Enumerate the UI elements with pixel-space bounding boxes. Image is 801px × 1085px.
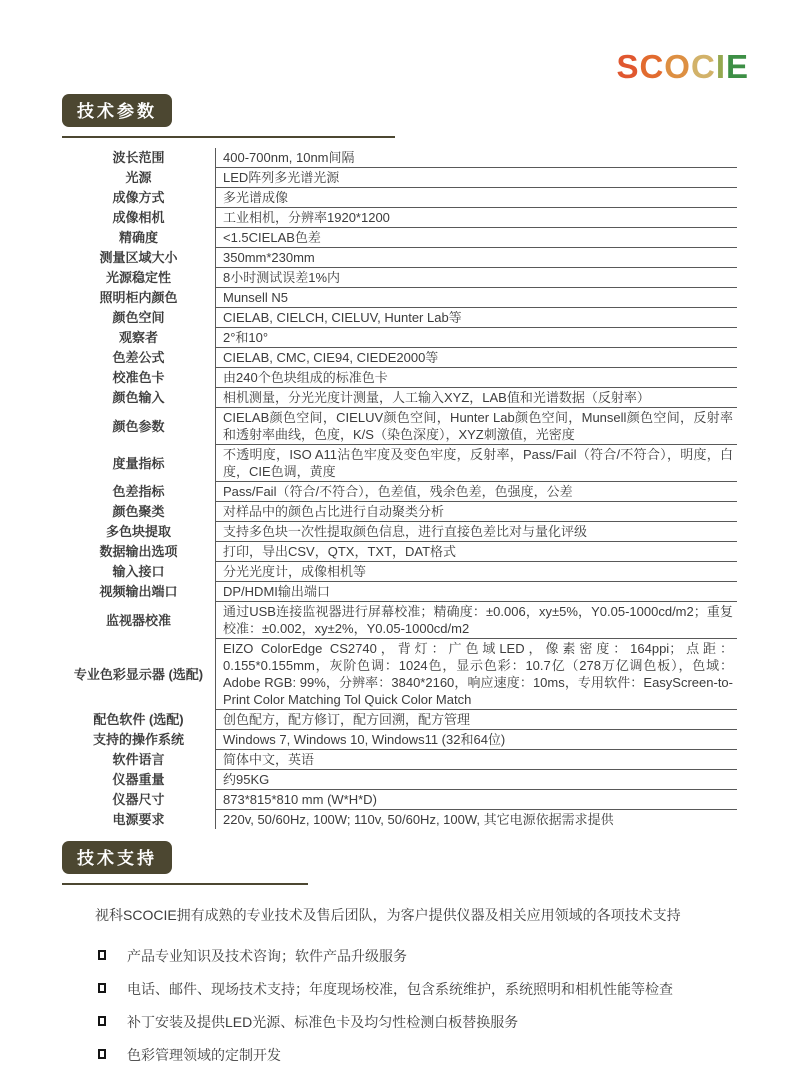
section-support: 技术支持 视科SCOCIE拥有成熟的专业技术及售后团队，为客户提供仪器及相关应用…	[62, 841, 737, 1065]
square-bullet-icon	[98, 983, 106, 993]
list-item: 色彩管理领域的定制开发	[98, 1045, 758, 1065]
spec-label: 数据输出选项	[62, 542, 215, 562]
spec-label: 支持的操作系统	[62, 730, 215, 750]
table-row: 波长范围400-700nm, 10nm间隔	[62, 148, 737, 168]
spec-label: 色差指标	[62, 482, 215, 502]
table-row: 配色软件 (选配)创色配方，配方修订，配方回溯，配方管理	[62, 710, 737, 730]
spec-value: CIELAB, CMC, CIE94, CIEDE2000等	[215, 348, 737, 368]
table-row: 精确度<1.5CIELAB色差	[62, 228, 737, 248]
spec-value: <1.5CIELAB色差	[215, 228, 737, 248]
section-divider-support	[62, 883, 308, 885]
table-row: 成像相机工业相机，分辨率1920*1200	[62, 208, 737, 228]
table-row: 视频输出端口DP/HDMI输出端口	[62, 582, 737, 602]
spec-value: LED阵列多光谱光源	[215, 168, 737, 188]
table-row: 输入接口分光光度计，成像相机等	[62, 562, 737, 582]
spec-value: Windows 7, Windows 10, Windows11 (32和64位…	[215, 730, 737, 750]
spec-label: 校准色卡	[62, 368, 215, 388]
spec-value: 220v, 50/60Hz, 100W; 110v, 50/60Hz, 100W…	[215, 810, 737, 829]
spec-value: 873*815*810 mm (W*H*D)	[215, 790, 737, 810]
spec-label: 电源要求	[62, 810, 215, 829]
spec-value: 简体中文，英语	[215, 750, 737, 770]
table-row: 色差公式CIELAB, CMC, CIE94, CIEDE2000等	[62, 348, 737, 368]
table-row: 颜色聚类对样品中的颜色占比进行自动聚类分析	[62, 502, 737, 522]
support-intro-text: 视科SCOCIE拥有成熟的专业技术及售后团队，为客户提供仪器及相关应用领域的各项…	[95, 906, 745, 925]
table-row: 仪器尺寸873*815*810 mm (W*H*D)	[62, 790, 737, 810]
spec-label: 配色软件 (选配)	[62, 710, 215, 730]
table-row: 度量指标不透明度，ISO A11沾色牢度及变色牢度，反射率，Pass/Fail（…	[62, 445, 737, 482]
spec-label: 专业色彩显示器 (选配)	[62, 639, 215, 710]
spec-label: 成像方式	[62, 188, 215, 208]
table-row: 仪器重量约95KG	[62, 770, 737, 790]
spec-label: 软件语言	[62, 750, 215, 770]
table-row: 电源要求220v, 50/60Hz, 100W; 110v, 50/60Hz, …	[62, 810, 737, 829]
list-item: 电话、邮件、现场技术支持；年度现场校准，包含系统维护，系统照明和相机性能等检查	[98, 979, 758, 999]
spec-label: 波长范围	[62, 148, 215, 168]
spec-label: 观察者	[62, 328, 215, 348]
section-title-badge-support: 技术支持	[62, 841, 172, 874]
spec-label: 监视器校准	[62, 602, 215, 639]
table-row: 支持的操作系统Windows 7, Windows 10, Windows11 …	[62, 730, 737, 750]
section-title-badge-specs: 技术参数	[62, 94, 172, 127]
spec-label: 色差公式	[62, 348, 215, 368]
spec-label: 光源	[62, 168, 215, 188]
spec-value: 350mm*230mm	[215, 248, 737, 268]
specs-table: 波长范围400-700nm, 10nm间隔光源LED阵列多光谱光源成像方式多光谱…	[62, 148, 737, 829]
spec-label: 颜色输入	[62, 388, 215, 408]
spec-label: 测量区域大小	[62, 248, 215, 268]
table-row: 光源LED阵列多光谱光源	[62, 168, 737, 188]
spec-label: 输入接口	[62, 562, 215, 582]
support-list: 产品专业知识及技术咨询；软件产品升级服务电话、邮件、现场技术支持；年度现场校准，…	[98, 946, 737, 1065]
spec-label: 视频输出端口	[62, 582, 215, 602]
spec-label: 光源稳定性	[62, 268, 215, 288]
square-bullet-icon	[98, 1049, 106, 1059]
spec-value: 8小时测试误差1%内	[215, 268, 737, 288]
table-row: 色差指标Pass/Fail（符合/不符合），色差值，残余色差，色强度，公差	[62, 482, 737, 502]
support-item-text: 产品专业知识及技术咨询；软件产品升级服务	[127, 946, 407, 966]
spec-value: 对样品中的颜色占比进行自动聚类分析	[215, 502, 737, 522]
table-row: 多色块提取支持多色块一次性提取颜色信息，进行直接色差比对与量化评级	[62, 522, 737, 542]
table-row: 颜色参数CIELAB颜色空间，CIELUV颜色空间，Hunter Lab颜色空间…	[62, 408, 737, 445]
spec-value: 分光光度计，成像相机等	[215, 562, 737, 582]
table-row: 成像方式多光谱成像	[62, 188, 737, 208]
spec-value: 400-700nm, 10nm间隔	[215, 148, 737, 168]
table-row: 数据输出选项打印，导出CSV，QTX，TXT，DAT格式	[62, 542, 737, 562]
spec-label: 颜色参数	[62, 408, 215, 445]
brand-logo-letter: E	[726, 48, 749, 86]
section-divider-specs	[62, 136, 395, 138]
page-content: 技术参数 波长范围400-700nm, 10nm间隔光源LED阵列多光谱光源成像…	[0, 0, 737, 1065]
table-row: 照明柜内颜色Munsell N5	[62, 288, 737, 308]
brand-logo-letter: S	[616, 48, 639, 86]
list-item: 产品专业知识及技术咨询；软件产品升级服务	[98, 946, 758, 966]
spec-value: CIELAB颜色空间，CIELUV颜色空间，Hunter Lab颜色空间，Mun…	[215, 408, 737, 445]
spec-value: EIZO ColorEdge CS2740，背灯：广色域LED，像素密度：164…	[215, 639, 737, 710]
table-row: 观察者2°和10°	[62, 328, 737, 348]
spec-value: 支持多色块一次性提取颜色信息，进行直接色差比对与量化评级	[215, 522, 737, 542]
document-page: SCOCIE 技术参数 波长范围400-700nm, 10nm间隔光源LED阵列…	[0, 0, 801, 1085]
spec-label: 多色块提取	[62, 522, 215, 542]
table-row: 校准色卡由240个色块组成的标准色卡	[62, 368, 737, 388]
spec-value: 约95KG	[215, 770, 737, 790]
square-bullet-icon	[98, 1016, 106, 1026]
spec-label: 颜色聚类	[62, 502, 215, 522]
spec-label: 仪器重量	[62, 770, 215, 790]
spec-value: 相机测量，分光光度计测量，人工输入XYZ，LAB值和光谱数据（反射率）	[215, 388, 737, 408]
table-row: 软件语言简体中文，英语	[62, 750, 737, 770]
brand-logo-letter: O	[664, 48, 691, 86]
spec-label: 照明柜内颜色	[62, 288, 215, 308]
table-row: 颜色空间CIELAB, CIELCH, CIELUV, Hunter Lab等	[62, 308, 737, 328]
spec-label: 度量指标	[62, 445, 215, 482]
support-item-text: 色彩管理领域的定制开发	[127, 1045, 281, 1065]
table-row: 光源稳定性8小时测试误差1%内	[62, 268, 737, 288]
spec-value: 2°和10°	[215, 328, 737, 348]
spec-value: Pass/Fail（符合/不符合），色差值，残余色差，色强度，公差	[215, 482, 737, 502]
spec-value: CIELAB, CIELCH, CIELUV, Hunter Lab等	[215, 308, 737, 328]
spec-label: 颜色空间	[62, 308, 215, 328]
spec-value: 由240个色块组成的标准色卡	[215, 368, 737, 388]
brand-logo-letter: I	[716, 48, 726, 86]
table-row: 测量区域大小350mm*230mm	[62, 248, 737, 268]
spec-value: Munsell N5	[215, 288, 737, 308]
table-row: 专业色彩显示器 (选配)EIZO ColorEdge CS2740，背灯：广色域…	[62, 639, 737, 710]
brand-logo-letter: C	[639, 48, 664, 86]
support-item-text: 补丁安装及提供LED光源、标准色卡及均匀性检测白板替换服务	[127, 1012, 518, 1032]
spec-value: 工业相机，分辨率1920*1200	[215, 208, 737, 228]
square-bullet-icon	[98, 950, 106, 960]
table-row: 颜色输入相机测量，分光光度计测量，人工输入XYZ，LAB值和光谱数据（反射率）	[62, 388, 737, 408]
spec-value: 打印，导出CSV，QTX，TXT，DAT格式	[215, 542, 737, 562]
brand-logo: SCOCIE	[616, 48, 749, 86]
spec-label: 仪器尺寸	[62, 790, 215, 810]
list-item: 补丁安装及提供LED光源、标准色卡及均匀性检测白板替换服务	[98, 1012, 758, 1032]
spec-value: 多光谱成像	[215, 188, 737, 208]
spec-value: 通过USB连接监视器进行屏幕校准；精确度：±0.006，xy±5%，Y0.05-…	[215, 602, 737, 639]
spec-value: 创色配方，配方修订，配方回溯，配方管理	[215, 710, 737, 730]
brand-logo-letter: C	[691, 48, 716, 86]
spec-label: 精确度	[62, 228, 215, 248]
support-item-text: 电话、邮件、现场技术支持；年度现场校准，包含系统维护，系统照明和相机性能等检查	[127, 979, 673, 999]
spec-value: 不透明度，ISO A11沾色牢度及变色牢度，反射率，Pass/Fail（符合/不…	[215, 445, 737, 482]
section-specs: 技术参数 波长范围400-700nm, 10nm间隔光源LED阵列多光谱光源成像…	[62, 94, 737, 829]
spec-label: 成像相机	[62, 208, 215, 228]
table-row: 监视器校准通过USB连接监视器进行屏幕校准；精确度：±0.006，xy±5%，Y…	[62, 602, 737, 639]
spec-value: DP/HDMI输出端口	[215, 582, 737, 602]
